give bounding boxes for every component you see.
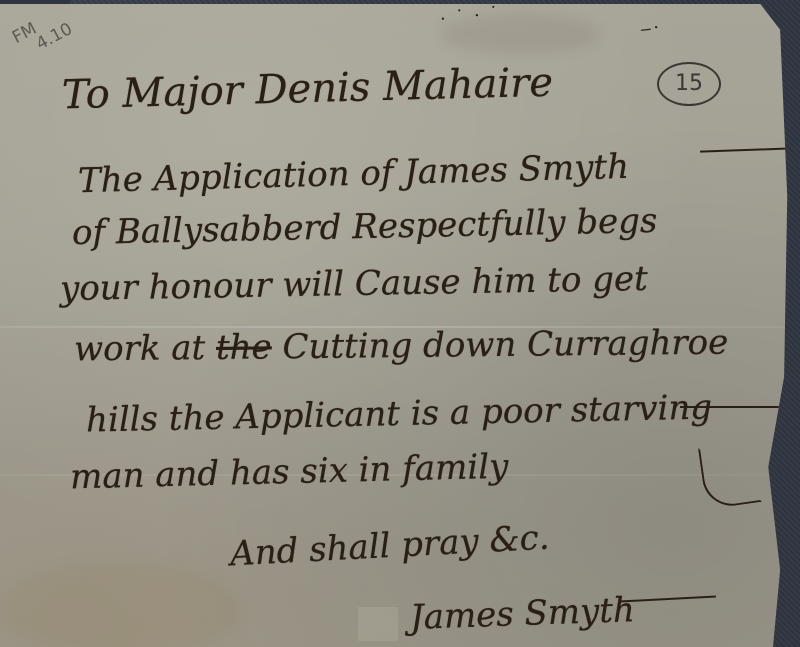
body-line-2: of Ballysabberd Respectfully begs [72,201,658,253]
closing-line: And shall pray &c. [229,518,550,575]
signature: James Smyth [409,590,635,638]
body-line-4-after: Cutting down Curraghroe [271,323,728,368]
body-line-4: work at the Cutting down Curraghroe [74,323,729,370]
line-flourish [680,406,792,408]
letter-sheet: · ˙ · ˙ ‒· FM 4.10 15 To Major Denis Mah… [0,4,792,647]
body-line-3: your honour will Cause him to get [60,259,648,309]
body-line-6: man and has six in family [70,447,509,498]
folio-number: 15 [657,62,721,106]
age-stain [0,564,240,647]
paper-repair-patch [358,607,398,641]
body-line-1: The Application of James Smyth [78,147,630,201]
line-end-flourish [698,440,762,509]
struck-word: the [216,327,272,368]
ink-spatter: ‒· [639,17,662,40]
body-line-4-before: work at [74,328,216,369]
line-flourish [700,147,792,152]
body-line-5: hills the Applicant is a poor starving [86,387,713,440]
archival-pencil-mark: FM 4.10 [10,6,75,62]
addressee-line: To Major Denis Mahaire [61,60,553,119]
